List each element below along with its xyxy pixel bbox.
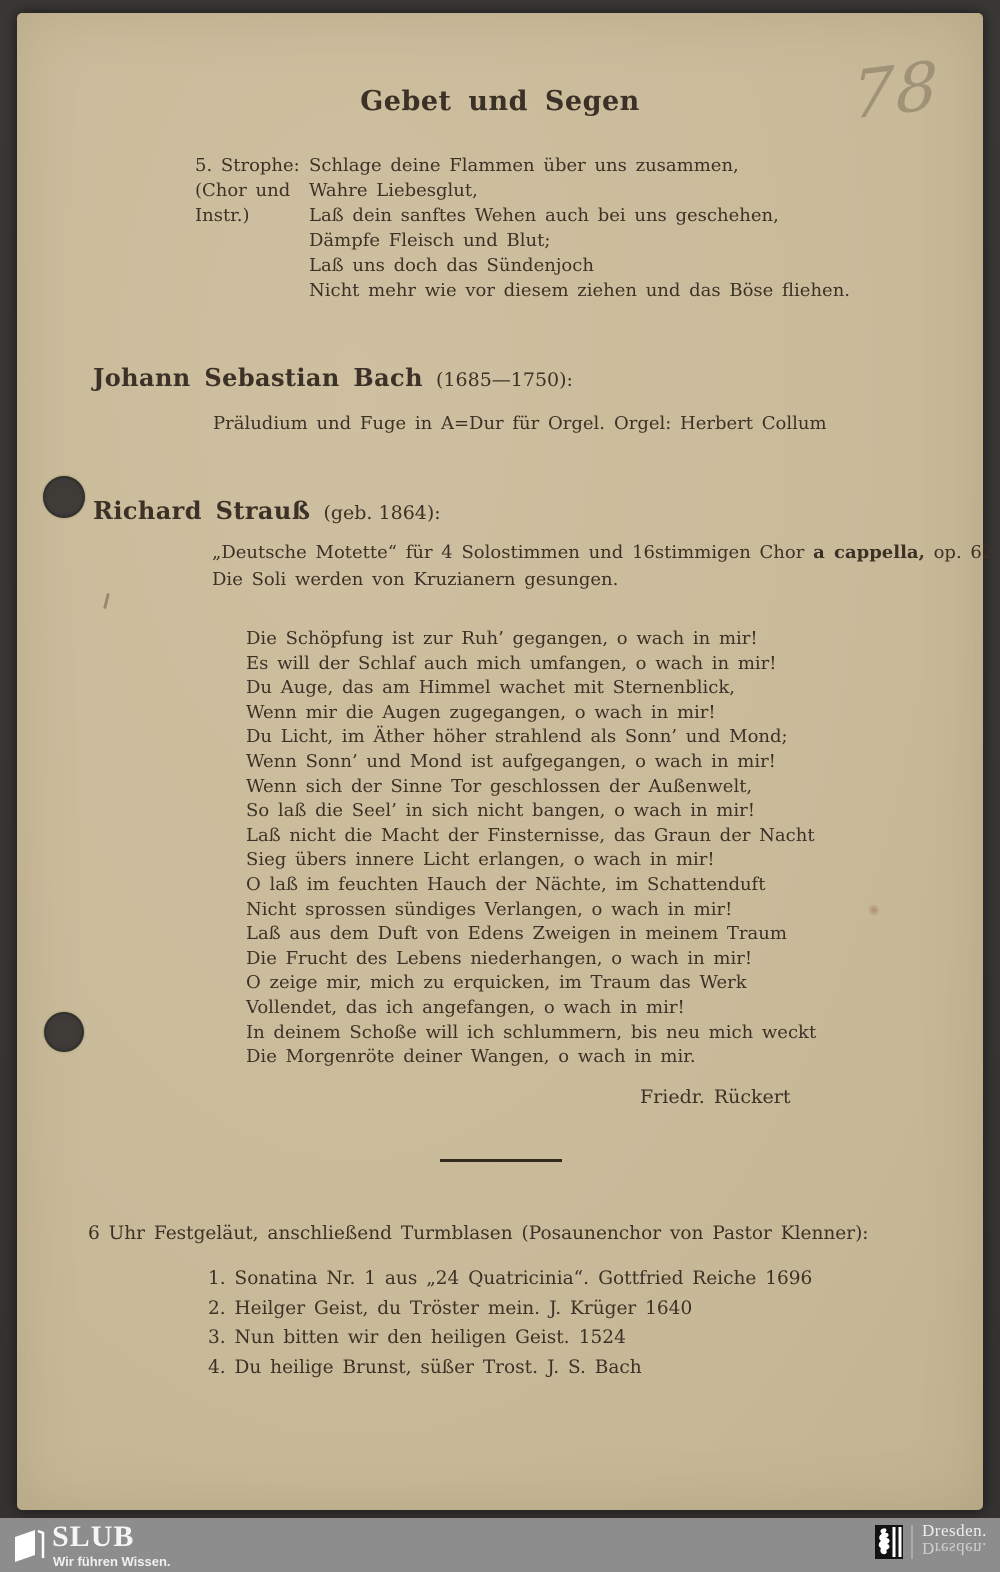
bells-heading: 6 Uhr Festgeläut, anschließend Turmblase… — [88, 1223, 869, 1244]
poem-line: Die Schöpfung ist zur Ruh’ gegangen, o w… — [246, 627, 816, 652]
strauss-work-pre: „Deutsche Motette“ für 4 Solostimmen und… — [212, 542, 804, 563]
list-item: 4. Du heilige Brunst, süßer Trost. J. S.… — [208, 1353, 812, 1383]
poem-line: Du Auge, das am Himmel wachet mit Sterne… — [246, 676, 816, 701]
slub-logo[interactable] — [12, 1527, 46, 1568]
poem-line: Du Licht, im Äther höher strahlend als S… — [246, 725, 816, 750]
slub-tagline: Wir führen Wissen. — [53, 1554, 171, 1569]
poem-line: Laß aus dem Duft von Edens Zweigen in me… — [246, 922, 816, 947]
strophe-text: Laß uns doch das Sündenjoch — [309, 255, 594, 276]
page-title: Gebet und Segen — [0, 86, 1000, 117]
composer-dates: (geb. 1864): — [323, 502, 440, 524]
punch-hole — [43, 476, 85, 518]
strophe-label: (Chor und — [195, 178, 309, 203]
poem-line: O laß im feuchten Hauch der Nächte, im S… — [246, 873, 816, 898]
strauss-work-line2: Die Soli werden von Kruzianern gesungen. — [212, 569, 618, 590]
dresden-wordmark[interactable]: Dresden. Dresden. — [922, 1522, 987, 1557]
poem-line: Die Frucht des Lebens niederhangen, o wa… — [246, 947, 816, 972]
list-item: 3. Nun bitten wir den heiligen Geist. 15… — [208, 1323, 812, 1353]
composer-dates: (1685—1750): — [436, 369, 573, 391]
strophe-text: Nicht mehr wie vor diesem ziehen und das… — [309, 280, 850, 301]
list-item: 1. Sonatina Nr. 1 aus „24 Quatricinia“. … — [208, 1264, 812, 1294]
strophe-text: Schlage deine Flammen über uns zusammen, — [309, 155, 739, 176]
handwritten-page-number: 78 — [852, 46, 941, 134]
footer-divider — [911, 1525, 913, 1559]
strophe-label: Instr.) — [195, 203, 309, 228]
strauss-work-bold: a cappella, — [813, 542, 925, 563]
strophe-label: 5. Strophe: — [195, 153, 309, 178]
composer-name: Richard Strauß — [93, 496, 310, 525]
strophe-row: Dämpfe Fleisch und Blut; — [195, 228, 850, 253]
section-divider — [440, 1159, 562, 1162]
composer-heading-strauss: Richard Strauß (geb. 1864): — [93, 496, 441, 525]
strophe-row: 5. Strophe:Schlage deine Flammen über un… — [195, 153, 850, 178]
strauss-work-line1: „Deutsche Motette“ für 4 Solostimmen und… — [212, 542, 993, 563]
slub-wordmark[interactable]: SLUB — [52, 1520, 134, 1554]
poem-line: Vollendet, das ich angefangen, o wach in… — [246, 996, 816, 1021]
poem-block: Die Schöpfung ist zur Ruh’ gegangen, o w… — [246, 627, 816, 1070]
poem-line: Laß nicht die Macht der Finsternisse, da… — [246, 824, 816, 849]
strophe-row: (Chor undWahre Liebesglut, — [195, 178, 850, 203]
composer-heading-bach: Johann Sebastian Bach (1685—1750): — [93, 363, 573, 392]
poem-line: Die Morgenröte deiner Wangen, o wach in … — [246, 1045, 816, 1070]
strophe-text: Laß dein sanftes Wehen auch bei uns gesc… — [309, 205, 779, 226]
poem-line: Wenn sich der Sinne Tor geschlossen der … — [246, 775, 816, 800]
paper-stain — [868, 903, 880, 917]
strophe-row: Instr.)Laß dein sanftes Wehen auch bei u… — [195, 203, 850, 228]
punch-hole — [44, 1012, 84, 1052]
list-item: 2. Heilger Geist, du Tröster mein. J. Kr… — [208, 1294, 812, 1324]
strophe-block: 5. Strophe:Schlage deine Flammen über un… — [195, 153, 850, 303]
poem-line: In deinem Schoße will ich schlummern, bi… — [246, 1021, 816, 1046]
poem-line: Es will der Schlaf auch mich umfangen, o… — [246, 652, 816, 677]
bells-list: 1. Sonatina Nr. 1 aus „24 Quatricinia“. … — [208, 1264, 812, 1383]
strophe-row: Nicht mehr wie vor diesem ziehen und das… — [195, 278, 850, 303]
poem-line: Wenn mir die Augen zugegangen, o wach in… — [246, 701, 816, 726]
dresden-wordmark-mirrored: Dresden. — [922, 1540, 987, 1557]
scan-background: Gebet und Segen 5. Strophe:Schlage deine… — [0, 0, 1000, 1572]
open-book-icon — [12, 1527, 46, 1563]
dresden-wordmark-text: Dresden. — [922, 1521, 987, 1540]
viewer-footer: SLUB Wir führen Wissen. Dresden. Dresden… — [0, 1518, 1000, 1572]
strauss-work-post: op. 62 — [934, 542, 994, 563]
poem-line: Wenn Sonn’ und Mond ist aufgegangen, o w… — [246, 750, 816, 775]
poem-line: So laß die Seel’ in sich nicht bangen, o… — [246, 799, 816, 824]
bach-work: Präludium und Fuge in A=Dur für Orgel. O… — [213, 413, 827, 434]
poem-line: Sieg übers innere Licht erlangen, o wach… — [246, 848, 816, 873]
poem-line: O zeige mir, mich zu erquicken, im Traum… — [246, 971, 816, 996]
strophe-row: Laß uns doch das Sündenjoch — [195, 253, 850, 278]
poem-line: Nicht sprossen sündiges Verlangen, o wac… — [246, 898, 816, 923]
composer-name: Johann Sebastian Bach — [93, 363, 423, 392]
poem-attribution: Friedr. Rückert — [640, 1086, 790, 1108]
strophe-text: Wahre Liebesglut, — [309, 180, 478, 201]
strophe-text: Dämpfe Fleisch und Blut; — [309, 230, 550, 251]
dresden-coat-of-arms-icon[interactable] — [875, 1525, 903, 1564]
